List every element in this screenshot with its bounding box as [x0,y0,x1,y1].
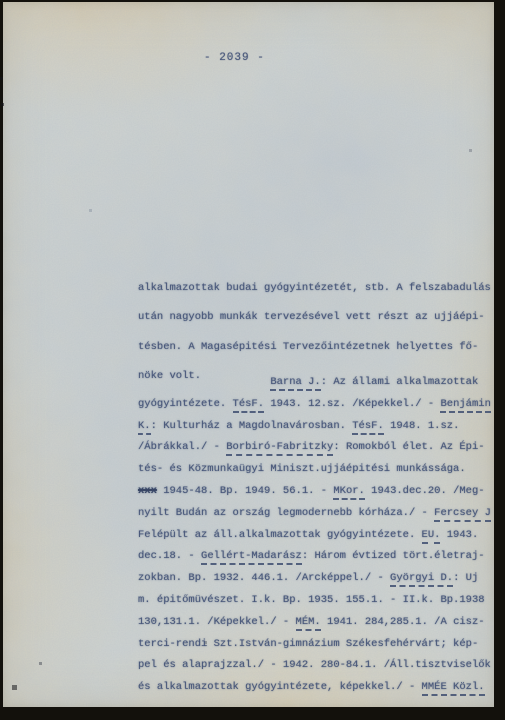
paper-specks [0,0,1,1]
bibliography-line: K.: Kulturház a Magdolnavárosban. TésF. … [138,416,491,438]
bibliography-line: nyilt Budán az ország legmodernebb kórhá… [138,503,491,525]
bibliography-line: Barna J.: Az állami alkalmazottak [138,372,491,394]
page-number: - 2039 - [204,52,265,64]
text-line: után nagyobb munkák tervezésével vett ré… [138,303,491,332]
text-line: tésben. A Magasépitési Tervezőintézetnek… [138,333,491,362]
text-line: alkalmazottak budai gyógyintézetét, stb.… [138,274,491,303]
bibliography-line: Felépült az áll.alkalmazottak gyógyintéz… [138,525,491,547]
bibliography-line: /Ábrákkal./ - Borbiró-Fabritzky: Romokbó… [138,437,491,459]
bibliography-line: zokban. Bp. 1932. 446.1. /Arcképpel./ - … [138,568,491,590]
bibliography: Barna J.: Az állami alkalmazottakgyógyin… [138,372,491,699]
bibliography-line: pel és alaprajzzal./ - 1942. 280-84.1. /… [138,655,491,677]
bibliography-line: dec.18. - Gellért-Madarász: Három évtize… [138,546,491,568]
bibliography-line: terci-rendi Szt.István-gimnázium Székesf… [138,634,491,656]
bibliography-line: xxx 1945-48. Bp. 1949. 56.1. - MKor. 194… [138,481,491,503]
scanned-page-photo: - 2039 - alkalmazottak budai gyógyintéze… [0,0,505,720]
bibliography-line: 130,131.1. /Képekkel./ - MÉM. 1941. 284,… [138,612,491,634]
bibliography-line: gyógyintézete. TésF. 1943. 12.sz. /Képek… [138,394,491,416]
bibliography-line: és alkalmazottak gyógyintézete, képekkel… [138,677,491,699]
bibliography-line: m. épitőmüvészet. I.k. Bp. 1935. 155.1. … [138,590,491,612]
bibliography-line: tés- és Közmunkaügyi Miniszt.ujjáépitési… [138,459,491,481]
